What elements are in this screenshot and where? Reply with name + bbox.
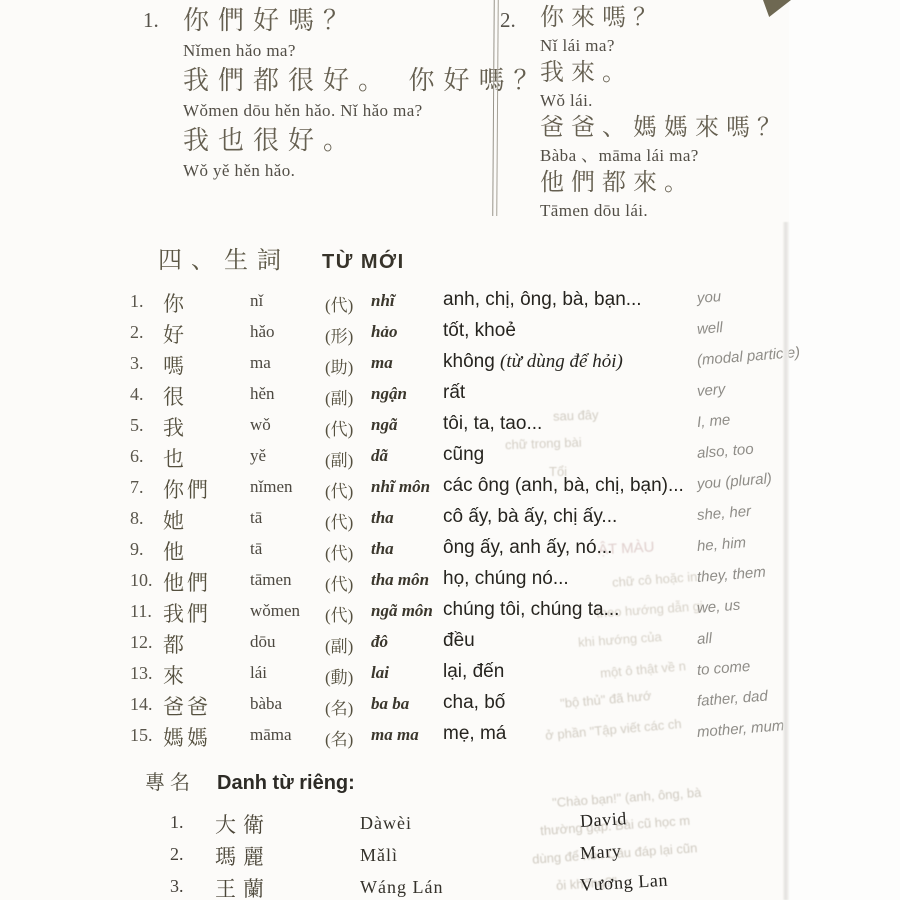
dialogue-1-number: 1. xyxy=(143,8,159,33)
dialogue-line: 他們都來。 Tāmen dōu lái. xyxy=(540,167,790,222)
proper-noun-row: 3. 王蘭 Wáng Lán Vương Lan xyxy=(0,872,900,900)
proper-noun-hanzi: 大衛 xyxy=(215,809,271,839)
dialogue-line: 爸爸、媽媽來嗎？ Bàba 、māma lái ma? xyxy=(540,112,790,167)
vocab-hanviet: lai xyxy=(371,663,389,683)
vocab-number: 3. xyxy=(130,353,144,374)
chinese-sentence: 你來嗎？ xyxy=(540,2,790,34)
vocab-vietnamese: tốt, khoẻ xyxy=(443,320,516,342)
dialogue-2: 2. 你來嗎？ Nǐ lái ma? 我來。 Wǒ lái. 爸爸、媽媽來嗎？ … xyxy=(500,2,790,222)
vocab-row: 9. 他 tā (代) tha ông ấy, anh ấy, nó... he… xyxy=(0,535,900,566)
vocab-hanzi: 他們 xyxy=(163,567,211,597)
vocab-row: 13. 來 lái (動) lai lại, đến to come xyxy=(0,659,900,690)
vocab-english: they, them xyxy=(696,564,766,586)
vocab-row: 8. 她 tā (代) tha cô ấy, bà ấy, chị ấy... … xyxy=(0,504,900,535)
vocab-hanviet: ngận xyxy=(371,384,407,404)
vocab-part-of-speech: (名) xyxy=(325,694,353,719)
chinese-sentence: 我來。 xyxy=(540,57,790,89)
vocab-part-of-speech: (動) xyxy=(325,663,353,688)
vocab-row: 5. 我 wǒ (代) ngã tôi, ta, tao... I, me xyxy=(0,411,900,442)
vocab-hanzi: 爸爸 xyxy=(163,691,211,721)
chinese-sentence: 爸爸、媽媽來嗎？ xyxy=(540,112,790,144)
vocab-hanzi: 也 xyxy=(163,443,187,473)
pinyin-sentence: Nǐ lái ma? xyxy=(540,34,790,57)
chinese-sentence: 你們好嗎？ xyxy=(183,2,483,39)
vocab-pinyin: tā xyxy=(250,539,262,559)
vocab-pinyin: lái xyxy=(250,663,267,683)
vocab-row: 4. 很 hěn (副) ngận rất very xyxy=(0,380,900,411)
vocab-hanzi: 她 xyxy=(163,505,187,535)
vocab-row: 12. 都 dōu (副) đô đều all xyxy=(0,628,900,659)
vocab-hanviet: tha môn xyxy=(371,570,429,590)
vocab-english: you (plural) xyxy=(696,470,772,493)
dialogue-1-lines: 你們好嗎？ Nǐmen hǎo ma? 我們都很好。 你好嗎？ Wǒmen dō… xyxy=(183,2,483,182)
proper-noun-number: 2. xyxy=(170,844,184,865)
vocab-vietnamese: rất xyxy=(443,382,465,404)
vocab-part-of-speech: (代) xyxy=(325,601,353,626)
vocab-hanviet: nhĩ môn xyxy=(371,477,430,497)
vocab-hanzi: 我們 xyxy=(163,598,211,628)
vocab-english: mother, mum xyxy=(696,717,785,741)
vocab-hanzi: 你 xyxy=(163,288,187,318)
vocab-row: 6. 也 yě (副) dã cũng also, too xyxy=(0,442,900,473)
proper-noun-hanzi: 王蘭 xyxy=(215,873,271,900)
dialogue-line: 你來嗎？ Nǐ lái ma? xyxy=(540,2,790,57)
chinese-sentence: 我也很好。 xyxy=(183,122,483,159)
vocab-number: 8. xyxy=(130,508,144,529)
vocab-hanzi: 我 xyxy=(163,412,187,442)
dialogue-line: 我來。 Wǒ lái. xyxy=(540,57,790,112)
pinyin-sentence: Wǒmen dōu hěn hǎo. Nǐ hǎo ma? xyxy=(183,99,483,122)
vocab-vietnamese: họ, chúng nó... xyxy=(443,568,569,590)
vocab-part-of-speech: (副) xyxy=(325,446,353,471)
vocab-english: all xyxy=(696,630,712,648)
proper-noun-translation: Vương Lan xyxy=(579,870,668,896)
vocab-number: 13. xyxy=(130,663,153,684)
vocab-english: father, dad xyxy=(696,687,768,710)
vocab-part-of-speech: (代) xyxy=(325,415,353,440)
vocab-pinyin: bàba xyxy=(250,694,282,714)
proper-noun-row: 1. 大衛 Dàwèi David xyxy=(0,808,900,840)
vocab-number: 11. xyxy=(130,601,152,622)
vocab-part-of-speech: (代) xyxy=(325,508,353,533)
pinyin-sentence: Wǒ lái. xyxy=(540,89,790,112)
vocab-number: 12. xyxy=(130,632,153,653)
vocab-part-of-speech: (副) xyxy=(325,632,353,657)
vocab-vietnamese: chúng tôi, chúng ta... xyxy=(443,599,619,621)
vocab-row: 7. 你們 nǐmen (代) nhĩ môn các ông (anh, bà… xyxy=(0,473,900,504)
vocab-pinyin: wǒmen xyxy=(250,601,300,621)
vocab-english: you xyxy=(696,288,721,307)
vocab-table: 1. 你 nǐ (代) nhĩ anh, chị, ông, bà, bạn..… xyxy=(0,287,900,752)
vocab-pinyin: ma xyxy=(250,353,271,373)
vocab-hanviet: hảo xyxy=(371,322,397,342)
page-edge-shadow xyxy=(783,222,789,900)
vocab-vietnamese: cũng xyxy=(443,444,484,466)
vocab-number: 5. xyxy=(130,415,144,436)
vocab-vietnamese: không (từ dùng để hỏi) xyxy=(443,351,623,373)
vocab-part-of-speech: (副) xyxy=(325,384,353,409)
proper-noun-number: 3. xyxy=(170,876,184,897)
vocab-pinyin: dōu xyxy=(250,632,276,652)
vocab-vietnamese: tôi, ta, tao... xyxy=(443,413,542,435)
vocab-vietnamese: các ông (anh, bà, chị, bạn)... xyxy=(443,475,684,497)
vocab-pinyin: wǒ xyxy=(250,415,271,435)
proper-noun-translation: David xyxy=(579,808,627,832)
vocab-english: well xyxy=(696,319,723,338)
vocab-english: very xyxy=(696,381,726,400)
vocab-pinyin: māma xyxy=(250,725,292,745)
dialogue-2-number: 2. xyxy=(500,8,516,33)
vocab-part-of-speech: (代) xyxy=(325,570,353,595)
vocab-hanviet: ma ma xyxy=(371,725,419,745)
vocab-part-of-speech: (代) xyxy=(325,477,353,502)
proper-nouns-hanzi: 專名 xyxy=(145,772,195,794)
vocab-number: 14. xyxy=(130,694,153,715)
vocab-english: I, me xyxy=(696,411,731,431)
vocab-vietnamese: ông ấy, anh ấy, nó... xyxy=(443,537,612,559)
vocab-english: she, her xyxy=(696,503,751,524)
vocab-row: 15. 媽媽 māma (名) ma ma mẹ, má mother, mum xyxy=(0,721,900,752)
vocab-vietnamese: cô ấy, bà ấy, chị ấy... xyxy=(443,506,617,528)
vocab-part-of-speech: (形) xyxy=(325,322,353,347)
vocab-hanviet: đô xyxy=(371,632,388,652)
pinyin-sentence: Wǒ yě hěn hǎo. xyxy=(183,159,483,182)
vocab-vietnamese: đều xyxy=(443,630,475,652)
vocab-pinyin: tāmen xyxy=(250,570,292,590)
vocab-vietnamese: mẹ, má xyxy=(443,723,506,745)
vocab-pinyin: nǐ xyxy=(250,291,263,311)
vocab-hanzi: 好 xyxy=(163,319,187,349)
proper-noun-row: 2. 瑪麗 Mǎlì Mary xyxy=(0,840,900,872)
dialogue-line: 我們都很好。 你好嗎？ Wǒmen dōu hěn hǎo. Nǐ hǎo ma… xyxy=(183,62,483,122)
section-hanzi: 四、生詞 xyxy=(158,248,290,274)
vocab-number: 6. xyxy=(130,446,144,467)
vocab-hanviet: ba ba xyxy=(371,694,409,714)
proper-noun-number: 1. xyxy=(170,812,184,833)
proper-nouns-label: Danh từ riêng: xyxy=(217,772,355,794)
dialogue-line: 你們好嗎？ Nǐmen hǎo ma? xyxy=(183,2,483,62)
vocab-vietnamese-note: (từ dùng để hỏi) xyxy=(500,351,623,372)
section-title: TỪ MỚI xyxy=(322,251,405,273)
vocab-number: 15. xyxy=(130,725,153,746)
vocab-vietnamese: lại, đến xyxy=(443,661,504,683)
vocab-hanviet: tha xyxy=(371,508,394,528)
column-divider-line xyxy=(492,0,499,216)
vocab-row: 14. 爸爸 bàba (名) ba ba cha, bố father, da… xyxy=(0,690,900,721)
pinyin-sentence: Bàba 、māma lái ma? xyxy=(540,144,790,167)
vocab-english: he, him xyxy=(696,534,746,555)
pinyin-sentence: Tāmen dōu lái. xyxy=(540,199,790,222)
vocab-row: 3. 嗎 ma (助) ma không (từ dùng để hỏi) (m… xyxy=(0,349,900,380)
proper-noun-translation: Mary xyxy=(579,840,622,863)
vocab-pinyin: hěn xyxy=(250,384,275,404)
bleedthrough-fragment: "Chào bạn!" (anh, ông, bà xyxy=(552,785,702,810)
vocab-hanviet: tha xyxy=(371,539,394,559)
vocab-number: 7. xyxy=(130,477,144,498)
proper-noun-pinyin: Wáng Lán xyxy=(360,877,443,898)
dialogue-1: 1. 你們好嗎？ Nǐmen hǎo ma? 我們都很好。 你好嗎？ Wǒmen… xyxy=(143,2,483,182)
vocab-number: 4. xyxy=(130,384,144,405)
vocab-pinyin: yě xyxy=(250,446,266,466)
vocab-number: 10. xyxy=(130,570,153,591)
vocab-hanzi: 你們 xyxy=(163,474,211,504)
vocab-hanzi: 媽媽 xyxy=(163,722,211,752)
textbook-page-photo: sau đâychữ trong bàiTổiẬT MÀUchữ cô hoặc… xyxy=(0,0,900,900)
vocab-english: also, too xyxy=(696,441,754,462)
vocab-number: 1. xyxy=(130,291,144,312)
vocab-hanviet: ma xyxy=(371,353,393,373)
proper-noun-hanzi: 瑪麗 xyxy=(215,841,271,871)
section-header: 四、生詞 TỪ MỚI xyxy=(158,240,405,275)
vocab-pinyin: nǐmen xyxy=(250,477,293,497)
vocab-row: 1. 你 nǐ (代) nhĩ anh, chị, ông, bà, bạn..… xyxy=(0,287,900,318)
vocab-hanzi: 很 xyxy=(163,381,187,411)
vocab-vietnamese: cha, bố xyxy=(443,692,505,714)
chinese-sentence: 我們都很好。 你好嗎？ xyxy=(183,62,483,99)
chinese-sentence: 他們都來。 xyxy=(540,167,790,199)
proper-nouns-list: 1. 大衛 Dàwèi David 2. 瑪麗 Mǎlì Mary 3. 王蘭 … xyxy=(0,808,900,900)
vocab-hanzi: 來 xyxy=(163,660,187,690)
vocab-vietnamese: anh, chị, ông, bà, bạn... xyxy=(443,289,642,311)
vocab-pinyin: tā xyxy=(250,508,262,528)
vocab-hanzi: 他 xyxy=(163,536,187,566)
vocab-english: we, us xyxy=(696,597,741,617)
vocab-hanzi: 嗎 xyxy=(163,350,187,380)
vocab-hanviet: dã xyxy=(371,446,388,466)
vocab-number: 2. xyxy=(130,322,144,343)
vocab-number: 9. xyxy=(130,539,144,560)
vocab-pinyin: hǎo xyxy=(250,322,275,342)
vocab-row: 11. 我們 wǒmen (代) ngã môn chúng tôi, chún… xyxy=(0,597,900,628)
vocab-part-of-speech: (助) xyxy=(325,353,353,378)
proper-nouns-header: 專名 Danh từ riêng: xyxy=(145,766,355,795)
proper-noun-pinyin: Mǎlì xyxy=(360,845,398,866)
vocab-part-of-speech: (代) xyxy=(325,291,353,316)
vocab-row: 10. 他們 tāmen (代) tha môn họ, chúng nó...… xyxy=(0,566,900,597)
pinyin-sentence: Nǐmen hǎo ma? xyxy=(183,39,483,62)
vocab-part-of-speech: (名) xyxy=(325,725,353,750)
vocab-english: to come xyxy=(696,658,751,679)
dialogue-line: 我也很好。 Wǒ yě hěn hǎo. xyxy=(183,122,483,182)
vocab-part-of-speech: (代) xyxy=(325,539,353,564)
vocab-hanviet: ngã xyxy=(371,415,397,435)
vocab-hanviet: nhĩ xyxy=(371,291,395,311)
dialogue-2-lines: 你來嗎？ Nǐ lái ma? 我來。 Wǒ lái. 爸爸、媽媽來嗎？ Bàb… xyxy=(540,2,790,222)
vocab-row: 2. 好 hǎo (形) hảo tốt, khoẻ well xyxy=(0,318,900,349)
vocab-hanzi: 都 xyxy=(163,629,187,659)
vocab-hanviet: ngã môn xyxy=(371,601,433,621)
proper-noun-pinyin: Dàwèi xyxy=(360,813,412,834)
